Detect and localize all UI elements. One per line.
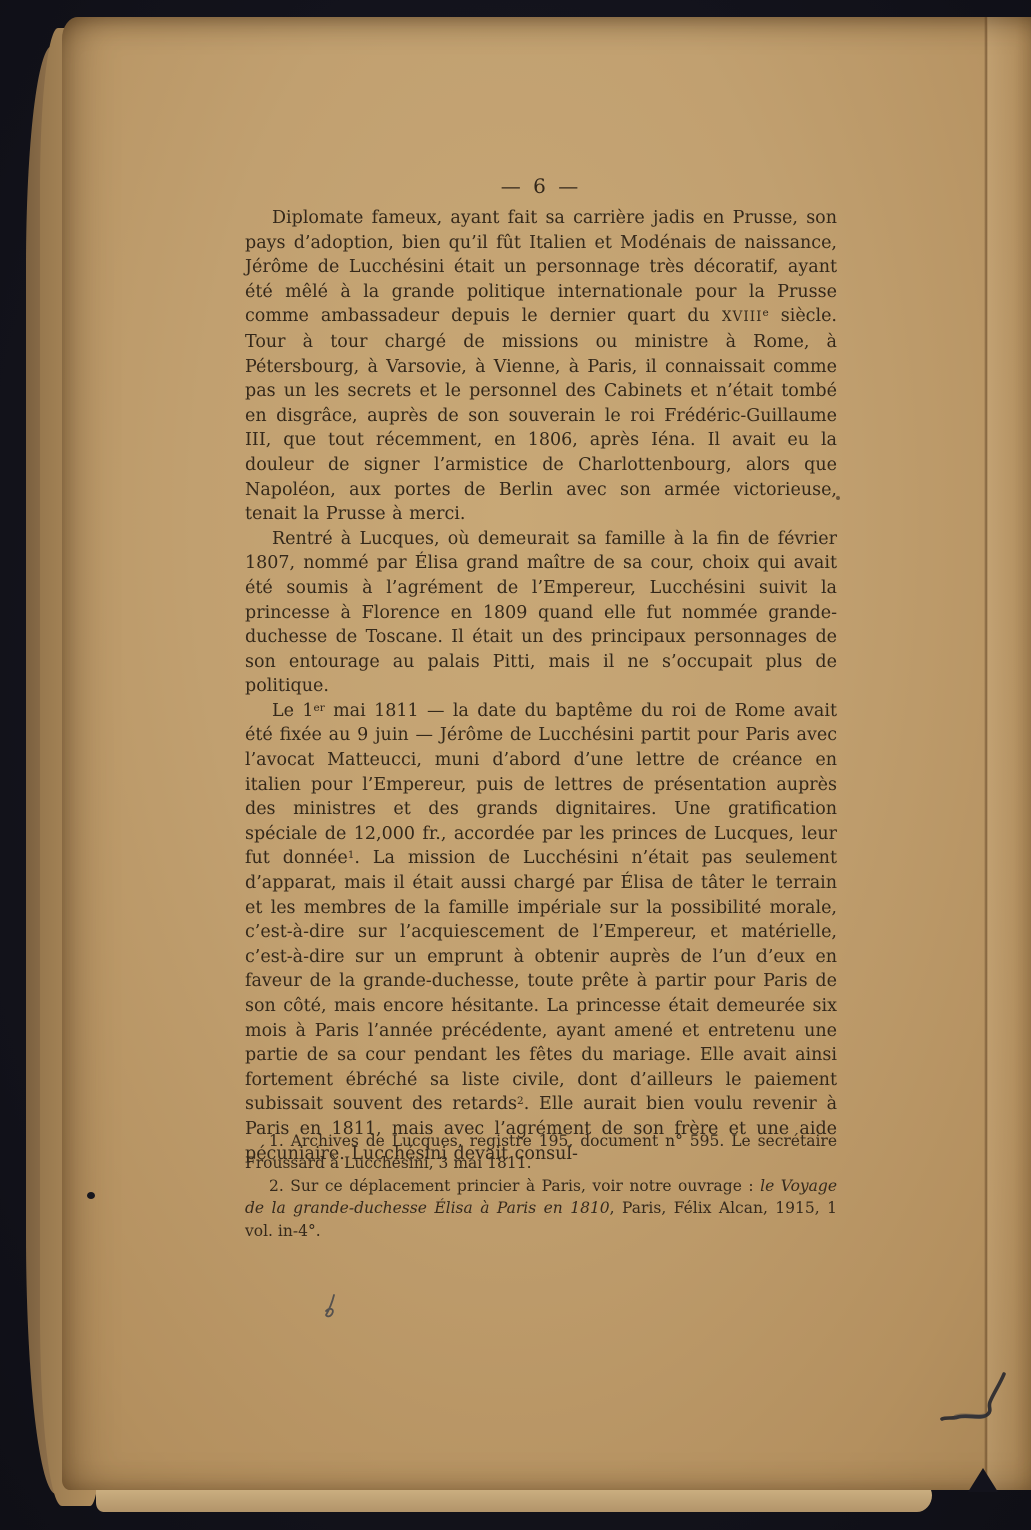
paragraph-1: Diplomate fameux, ayant fait sa carrière… — [245, 206, 837, 527]
ink-speck — [87, 1192, 95, 1199]
ink-speck — [836, 496, 840, 500]
footnote-reference-2: 2 — [517, 1095, 524, 1107]
text-segment: siècle. Tour à tour chargé de missions o… — [245, 306, 837, 524]
page-curl-highlight — [988, 17, 1031, 1490]
ordinal-superscript: er — [313, 702, 324, 714]
footnote-2: 2. Sur ce déplacement princier à Paris, … — [245, 1175, 837, 1242]
ink-squiggle — [930, 1368, 1031, 1430]
page-number: — 6 — — [245, 174, 837, 198]
scanned-book-photo: — 6 — Diplomate fameux, ayant fait sa ca… — [0, 0, 1031, 1530]
text-segment: mai 1811 — la date du baptême du roi de … — [245, 701, 837, 869]
page-bottom-notch — [968, 1468, 998, 1492]
text-segment: Le 1 — [272, 701, 313, 721]
ink-mark — [318, 1292, 344, 1324]
footnote-1: 1. Archives de Lucques, registre 195, do… — [245, 1130, 837, 1175]
footnotes: 1. Archives de Lucques, registre 195, do… — [245, 1130, 837, 1242]
text-segment: Rentré à Lucques, où demeurait sa famill… — [245, 529, 837, 697]
paragraph-2: Rentré à Lucques, où demeurait sa famill… — [245, 527, 837, 699]
century-superscript: e — [763, 307, 769, 319]
text-segment: 2. Sur ce déplacement princier à Paris, … — [269, 1177, 760, 1195]
paragraph-3: Le 1er mai 1811 — la date du baptême du … — [245, 699, 837, 1166]
footnote-reference-1: 1 — [348, 849, 355, 861]
century-smallcaps: xviii — [722, 309, 763, 325]
body-text: Diplomate fameux, ayant fait sa carrière… — [245, 206, 837, 1166]
text-segment: . La mission de Lucchésini n’était pas s… — [245, 848, 837, 1114]
